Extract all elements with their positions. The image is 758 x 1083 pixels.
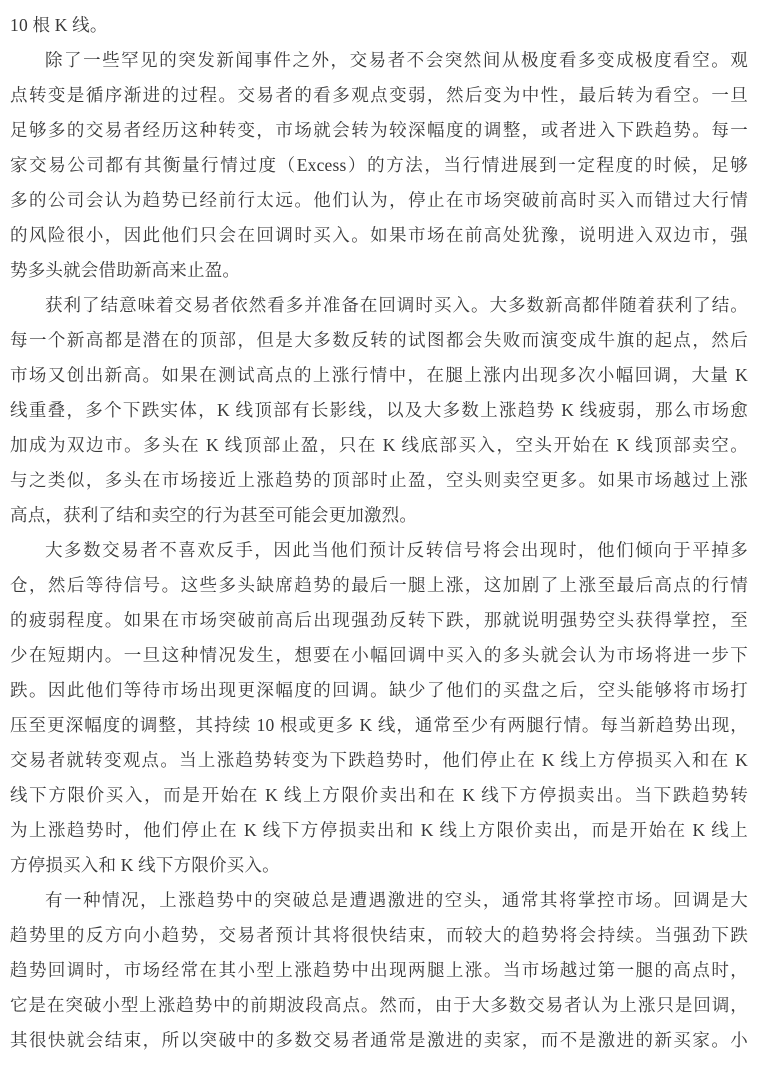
text-line: 获利了结意味着交易者依然看多并准备在回调时买入。大多数新高都伴随着获利了结。 [10, 288, 748, 323]
text-line: 方停损买入和 K 线下方限价买入。 [10, 848, 748, 883]
text-line: 其很快就会结束，所以突破中的多数交易者通常是激进的卖家，而不是激进的新买家。小 [10, 1023, 748, 1058]
text-line: 线重叠，多个下跌实体，K 线顶部有长影线，以及大多数上涨趋势 K 线疲弱，那么市… [10, 393, 748, 428]
document-page: 10 根 K 线。除了一些罕见的突发新闻事件之外，交易者不会突然间从极度看多变成… [0, 0, 758, 1083]
paragraph: 有一种情况，上涨趋势中的突破总是遭遇激进的空头，通常其将掌控市场。回调是大趋势里… [10, 883, 748, 1058]
text-line: 势多头就会借助新高来止盈。 [10, 253, 748, 288]
text-line: 为上涨趋势时，他们停止在 K 线下方停损卖出和 K 线上方限价卖出，而是开始在 … [10, 813, 748, 848]
text-line: 有一种情况，上涨趋势中的突破总是遭遇激进的空头，通常其将掌控市场。回调是大 [10, 883, 748, 918]
text-line: 每一个新高都是潜在的顶部，但是大多数反转的试图都会失败而演变成牛旗的起点，然后 [10, 323, 748, 358]
text-line: 点转变是循序渐进的过程。交易者的看多观点变弱，然后变为中性，最后转为看空。一旦 [10, 78, 748, 113]
text-line: 少在短期内。一旦这种情况发生，想要在小幅回调中买入的多头就会认为市场将进一步下 [10, 638, 748, 673]
page-body: 10 根 K 线。除了一些罕见的突发新闻事件之外，交易者不会突然间从极度看多变成… [10, 8, 748, 1058]
text-line: 的风险很小，因此他们只会在回调时买入。如果市场在前高处犹豫，说明进入双边市，强 [10, 218, 748, 253]
paragraph: 10 根 K 线。 [10, 8, 748, 43]
paragraph: 大多数交易者不喜欢反手，因此当他们预计反转信号将会出现时，他们倾向于平掉多仓，然… [10, 533, 748, 883]
text-line: 10 根 K 线。 [10, 8, 748, 43]
text-line: 跌。因此他们等待市场出现更深幅度的回调。缺少了他们的买盘之后，空头能够将市场打 [10, 673, 748, 708]
text-line: 的疲弱程度。如果在市场突破前高后出现强劲反转下跌，那就说明强势空头获得掌控，至 [10, 603, 748, 638]
text-line: 家交易公司都有其衡量行情过度（Excess）的方法，当行情进展到一定程度的时候，… [10, 148, 748, 183]
text-line: 它是在突破小型上涨趋势中的前期波段高点。然而，由于大多数交易者认为上涨只是回调， [10, 988, 748, 1023]
text-line: 压至更深幅度的调整，其持续 10 根或更多 K 线，通常至少有两腿行情。每当新趋… [10, 708, 748, 743]
text-line: 多的公司会认为趋势已经前行太远。他们认为，停止在市场突破前高时买入而错过大行情 [10, 183, 748, 218]
text-line: 趋势回调时，市场经常在其小型上涨趋势中出现两腿上涨。当市场越过第一腿的高点时， [10, 953, 748, 988]
text-line: 市场又创出新高。如果在测试高点的上涨行情中，在腿上涨内出现多次小幅回调，大量 K [10, 358, 748, 393]
text-line: 足够多的交易者经历这种转变，市场就会转为较深幅度的调整，或者进入下跌趋势。每一 [10, 113, 748, 148]
text-line: 趋势里的反方向小趋势，交易者预计其将很快结束，而较大的趋势将会持续。当强劲下跌 [10, 918, 748, 953]
paragraph: 除了一些罕见的突发新闻事件之外，交易者不会突然间从极度看多变成极度看空。观点转变… [10, 43, 748, 288]
text-line: 线下方限价买入，而是开始在 K 线上方限价卖出和在 K 线下方停损卖出。当下跌趋… [10, 778, 748, 813]
text-line: 交易者就转变观点。当上涨趋势转变为下跌趋势时，他们停止在 K 线上方停损买入和在… [10, 743, 748, 778]
text-line: 加成为双边市。多头在 K 线顶部止盈，只在 K 线底部买入，空头开始在 K 线顶… [10, 428, 748, 463]
text-line: 高点，获利了结和卖空的行为甚至可能会更加激烈。 [10, 498, 748, 533]
text-line: 大多数交易者不喜欢反手，因此当他们预计反转信号将会出现时，他们倾向于平掉多 [10, 533, 748, 568]
text-line: 除了一些罕见的突发新闻事件之外，交易者不会突然间从极度看多变成极度看空。观 [10, 43, 748, 78]
paragraph: 获利了结意味着交易者依然看多并准备在回调时买入。大多数新高都伴随着获利了结。每一… [10, 288, 748, 533]
text-line: 仓，然后等待信号。这些多头缺席趋势的最后一腿上涨，这加剧了上涨至最后高点的行情 [10, 568, 748, 603]
text-line: 与之类似，多头在市场接近上涨趋势的顶部时止盈，空头则卖空更多。如果市场越过上涨 [10, 463, 748, 498]
